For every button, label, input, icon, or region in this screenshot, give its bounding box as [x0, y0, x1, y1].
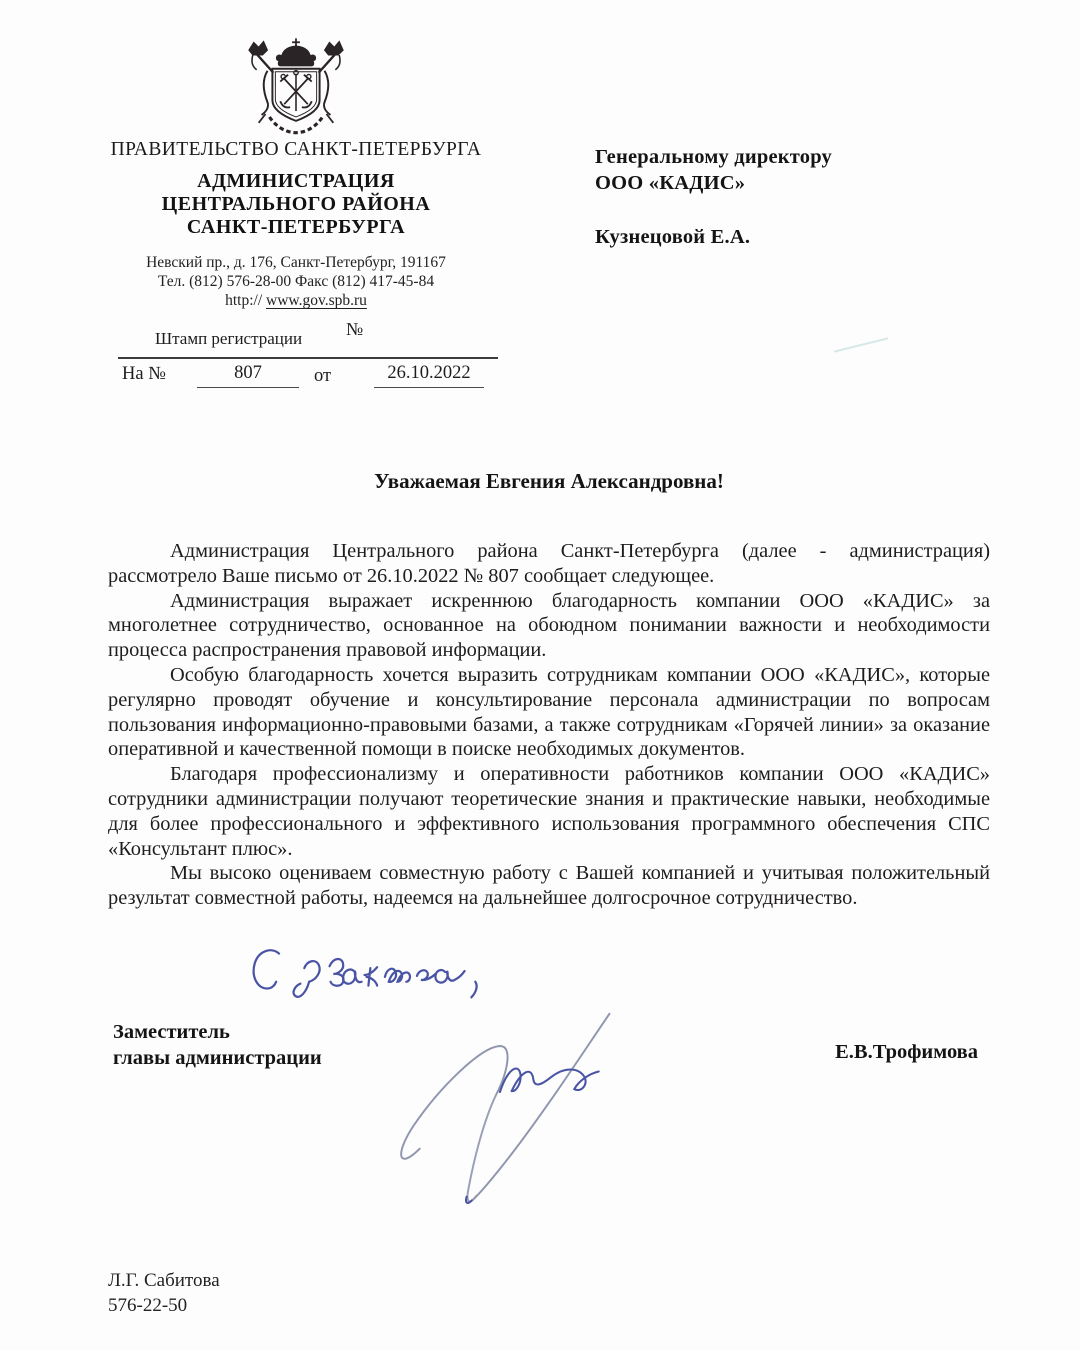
- organization-name-line2: ЦЕНТРАЛЬНОГО РАЙОНА: [81, 193, 511, 216]
- body-paragraph: Администрация выражает искреннюю благода…: [108, 589, 990, 663]
- spb-coat-of-arms-icon: [239, 36, 353, 135]
- organization-name: АДМИНИСТРАЦИЯ ЦЕНТРАЛЬНОГО РАЙОНА САНКТ-…: [81, 170, 511, 239]
- executor-phone: 576-22-50: [108, 1293, 220, 1318]
- recipient-block: Генеральному директору ООО «КАДИС» Кузне…: [595, 144, 832, 250]
- executor-name: Л.Г. Сабитова: [108, 1268, 220, 1293]
- recipient-company: ООО «КАДИС»: [595, 170, 832, 196]
- organization-name-line3: САНКТ-ПЕТЕРБУРГА: [81, 216, 511, 239]
- body-paragraph: Благодаря профессионализму и оперативнос…: [108, 762, 990, 861]
- recipient-person: Кузнецовой Е.А.: [595, 224, 832, 250]
- website-url: www.gov.spb.ru: [266, 292, 367, 309]
- letterhead-address: Невский пр., д. 176, Санкт-Петербург, 19…: [81, 253, 511, 272]
- signer-name: Е.В.Трофимова: [700, 1041, 978, 1064]
- letterhead-phone: Тел. (812) 576-28-00 Факс (812) 417-45-8…: [81, 272, 511, 291]
- organization-name-line1: АДМИНИСТРАЦИЯ: [81, 170, 511, 193]
- signer-position-line2: главы администрации: [113, 1045, 322, 1071]
- handwritten-signature: [392, 1002, 647, 1227]
- in-reply-to-label: На №: [122, 364, 166, 385]
- of-date-label: от: [314, 366, 331, 387]
- in-reply-to-number: 807: [197, 361, 299, 388]
- scanned-letter-page: ПРАВИТЕЛЬСТВО САНКТ-ПЕТЕРБУРГА АДМИНИСТР…: [0, 0, 1080, 1350]
- letterhead-website: http:// www.gov.spb.ru: [81, 291, 511, 310]
- website-prefix: http://: [225, 292, 266, 309]
- salutation: Уважаемая Евгения Александровна!: [108, 469, 990, 494]
- body-paragraph: Мы высоко оцениваем совместную работу с …: [108, 861, 990, 911]
- signer-position: Заместитель главы администрации: [113, 1019, 322, 1071]
- registration-number-sign: №: [346, 319, 363, 340]
- registration-rule-line: [118, 357, 498, 359]
- government-title: ПРАВИТЕЛЬСТВО САНКТ-ПЕТЕРБУРГА: [81, 139, 511, 161]
- letterhead-contacts: Невский пр., д. 176, Санкт-Петербург, 19…: [81, 253, 511, 310]
- registration-stamp-label: Штамп регистрации: [155, 329, 302, 349]
- executor-block: Л.Г. Сабитова 576-22-50: [108, 1268, 220, 1318]
- handwritten-with-respect: С уважением,: [246, 941, 518, 1005]
- body-paragraph: Администрация Центрального района Санкт-…: [108, 539, 990, 589]
- body-paragraph: Особую благодарность хочется выразить со…: [108, 663, 990, 762]
- signer-position-line1: Заместитель: [113, 1019, 322, 1045]
- recipient-title: Генеральному директору: [595, 144, 832, 170]
- in-reply-to-date: 26.10.2022: [374, 361, 484, 388]
- scan-artifact-mark: [834, 337, 889, 352]
- letter-body: Администрация Центрального района Санкт-…: [108, 539, 990, 911]
